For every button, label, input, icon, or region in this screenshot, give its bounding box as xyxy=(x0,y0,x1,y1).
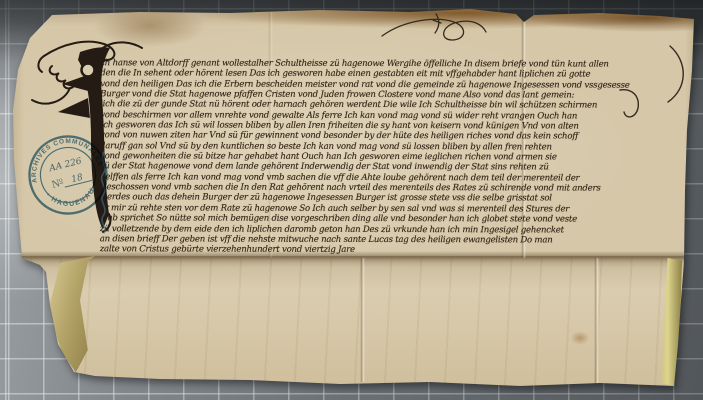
crease-line xyxy=(594,258,599,384)
text-block: ch hanse von Altdorff genant wollestalhe… xyxy=(100,58,690,260)
initial-eye xyxy=(82,64,95,77)
crease-line xyxy=(360,258,365,382)
pen-flourish-icon xyxy=(612,40,696,124)
parchment-shadow-wrap: ch hanse von Altdorff genant wollestalhe… xyxy=(0,0,703,400)
stamp-number-label: No xyxy=(50,175,65,191)
manuscript-line: zalte von Cristus gebürte vierzehenhunde… xyxy=(100,244,689,256)
parchment-charter: ch hanse von Altdorff genant wollestalhe… xyxy=(0,0,703,400)
pen-flourish-icon xyxy=(378,10,490,50)
parchment-verso-sliver xyxy=(14,266,38,370)
stamp-shelfmark: AA 226 xyxy=(47,156,83,174)
photograph-of-charter: ch hanse von Altdorff genant wollestalhe… xyxy=(0,0,703,400)
